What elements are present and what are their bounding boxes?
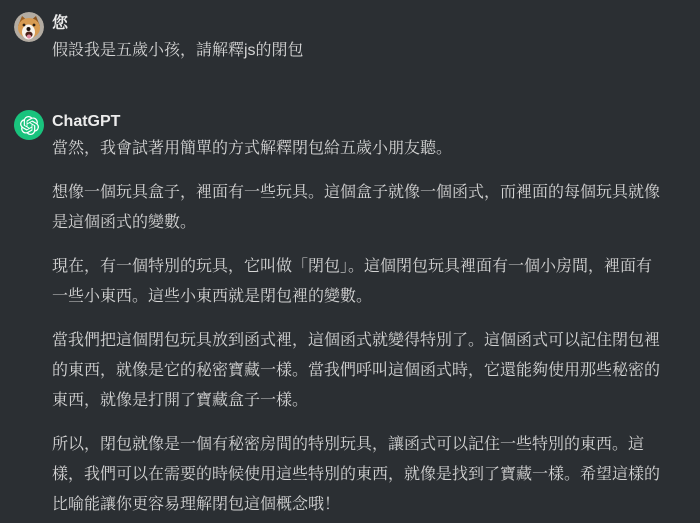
dog-photo-avatar-icon (14, 12, 44, 42)
conversation-thread: 您 假設我是五歲小孩，請解釋js的閉包 ChatGPT 當然，我會試著用簡單的方… (0, 0, 700, 520)
openai-logo-icon (20, 116, 39, 135)
assistant-paragraph-5: 所以，閉包就像是一個有秘密房間的特別玩具，讓函式可以記住一些特別的東西。這樣，我… (52, 430, 660, 520)
assistant-paragraph-1: 當然，我會試著用簡單的方式解釋閉包給五歲小朋友聽。 (52, 134, 660, 164)
assistant-message: ChatGPT 當然，我會試著用簡單的方式解釋閉包給五歲小朋友聽。 想像一個玩具… (14, 110, 686, 520)
user-message-content: 您 假設我是五歲小孩，請解釋js的閉包 (52, 12, 660, 66)
assistant-paragraph-2: 想像一個玩具盒子，裡面有一些玩具。這個盒子就像一個函式，而裡面的每個玩具就像是這… (52, 178, 660, 238)
assistant-avatar (14, 110, 44, 140)
assistant-author-name: ChatGPT (52, 110, 660, 134)
assistant-paragraph-3: 現在，有一個特別的玩具，它叫做「閉包」。這個閉包玩具裡面有一個小房間，裡面有一些… (52, 252, 660, 312)
user-author-name: 您 (52, 12, 660, 36)
user-avatar (14, 12, 44, 42)
user-message-paragraph: 假設我是五歲小孩，請解釋js的閉包 (52, 36, 660, 66)
assistant-message-content: ChatGPT 當然，我會試著用簡單的方式解釋閉包給五歲小朋友聽。 想像一個玩具… (52, 110, 660, 520)
assistant-paragraph-4: 當我們把這個閉包玩具放到函式裡，這個函式就變得特別了。這個函式可以記住閉包裡的東… (52, 326, 660, 416)
chat-window: 您 假設我是五歲小孩，請解釋js的閉包 ChatGPT 當然，我會試著用簡單的方… (0, 0, 700, 523)
user-message: 您 假設我是五歲小孩，請解釋js的閉包 (14, 12, 686, 66)
